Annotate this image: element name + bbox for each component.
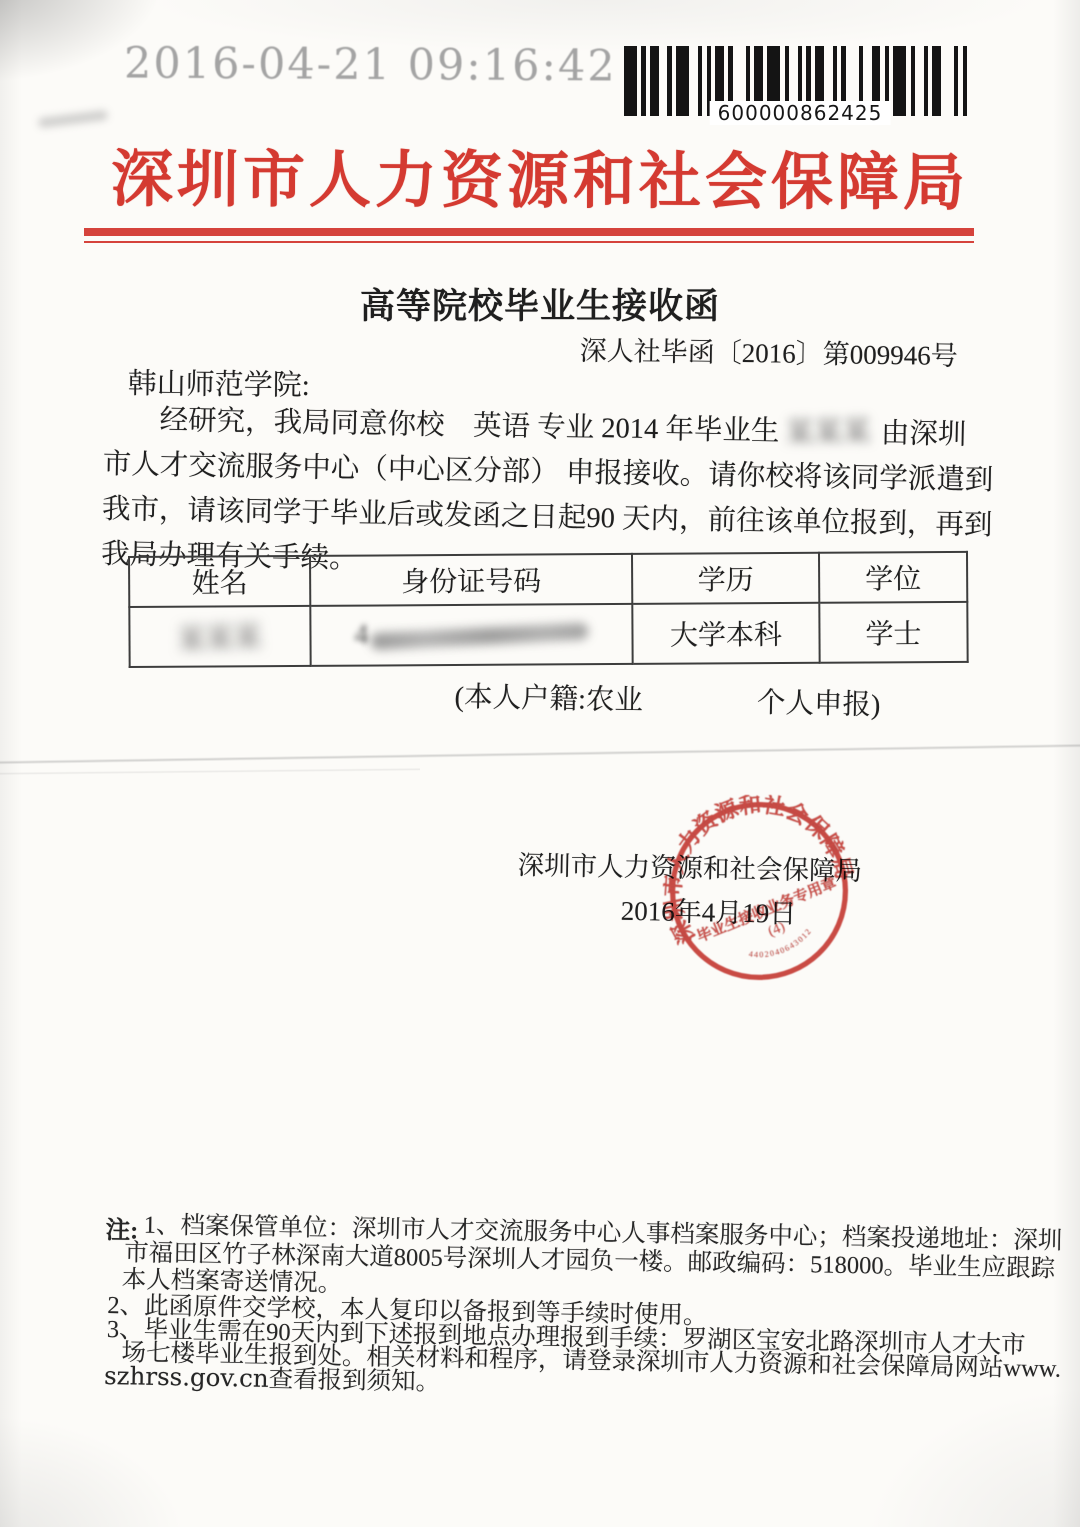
header-name: 姓名	[129, 556, 310, 607]
header-education: 学历	[632, 553, 819, 604]
cell-education: 大学本科	[632, 603, 819, 664]
fold-crease-echo	[0, 768, 420, 775]
household-note: (本人户籍:农业 个人申报)	[454, 674, 881, 723]
official-seal: 深圳市人力资源和社会保障局 毕业生接收业务专用章 (4) 44020406430…	[663, 795, 855, 987]
footnotes: 注: 1、档案保管单位：深圳市人才交流服务中心人事档案服务中心；档案投递地址：深…	[106, 1211, 1016, 1227]
redacted-id-prefix: 4	[354, 620, 368, 651]
redacted-graduate-name: 某某某	[785, 412, 871, 455]
barcode-number: 600000862425	[710, 101, 891, 125]
body-line-1-prefix: 经研究，我局同意你校 英语 专业 2014 年毕业生	[159, 405, 779, 447]
document-title: 高等院校毕业生接收函	[0, 279, 1080, 329]
cell-id-number: 4	[310, 604, 632, 666]
agency-letterhead: 深圳市人力资源和社会保障局	[0, 129, 1080, 223]
redacted-id-smear	[370, 623, 589, 651]
body-line-1-suffix: 由深圳	[881, 418, 967, 451]
cell-degree: 学士	[819, 602, 967, 663]
seal-ring-text: 深圳市人力资源和社会保障局	[663, 795, 855, 949]
header-id-number: 身份证号码	[310, 554, 632, 606]
letterhead-rule-thick	[84, 228, 974, 236]
barcode: 600000862425	[624, 46, 976, 116]
graduate-info-table: 姓名 身份证号码 学历 学位 某某某 4 大学本科 学士	[128, 551, 969, 668]
redacted-name-value: 某某某	[177, 615, 263, 658]
letterhead-rule-thin	[84, 241, 974, 243]
table-header-row: 姓名 身份证号码 学历 学位	[129, 552, 967, 607]
reference-number: 深人社毕函〔2016〕第009946号	[579, 329, 958, 373]
seal-number: (4)	[766, 919, 788, 940]
seal-center-text: 毕业生接收业务专用章	[694, 873, 839, 945]
camera-timestamp: 2016-04-21 09:16:42	[124, 38, 617, 91]
note-line-7: szhrss.gov.cn查看报到须知。	[104, 1363, 440, 1395]
seal-graphic: 深圳市人力资源和社会保障局 毕业生接收业务专用章 (4) 44020406430…	[663, 795, 855, 987]
svg-text:深圳市人力资源和社会保障局: 深圳市人力资源和社会保障局	[663, 795, 855, 949]
addressee: 韩山师范学院:	[128, 361, 310, 404]
scan-smudge	[38, 110, 109, 128]
fold-crease	[0, 743, 1080, 764]
header-degree: 学位	[819, 552, 967, 603]
table-data-row: 某某某 4 大学本科 学士	[129, 602, 967, 667]
cell-name: 某某某	[129, 606, 310, 667]
scanned-letter-page: 2016-04-21 09:16:42 600000862425 深圳市人力资源…	[0, 0, 1080, 1527]
